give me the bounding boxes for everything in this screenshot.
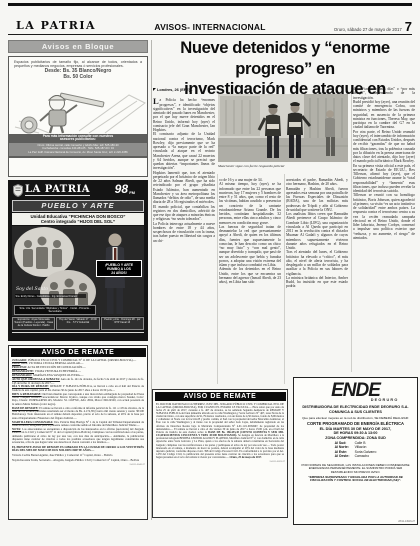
page-dateline: Oruro, sábado 27 de mayo de 2017 7 — [334, 21, 412, 32]
ende-reason-line: Que para efectuar mejoras en la red de d… — [294, 416, 417, 420]
page-number: 7 — [405, 21, 412, 32]
radio-fm-label: FM — [129, 190, 135, 195]
radio-brand: LA PATRIA — [25, 184, 90, 196]
radio-footer-tv: Pueblo y Arte · Domingo 28 · por RTP Can… — [101, 317, 144, 330]
construction-worker-illustration — [9, 81, 147, 134]
ende-announce-line: COMUNICA A SUS CLIENTES — [294, 410, 417, 414]
shield-icon — [13, 184, 23, 197]
aviso2-paragraph1: EL DOCTOR DAVID PACO GUTIERREZ, JUEZ DEL… — [156, 403, 284, 434]
ende-logo: ENDE — [294, 383, 417, 398]
radio-bottom-rule — [12, 332, 144, 333]
column-divider — [351, 88, 352, 372]
aviso1-body: JUZGADO: PÚBLICO EN LO CIVIL Y COMERCIAL… — [9, 359, 147, 464]
anniversary-badge: ¡PUEBLO Y ARTE RUMBO A LOS 24 AÑOS! — [96, 260, 142, 277]
aviso1-title: AVISO DE REMATE — [11, 348, 146, 358]
article-column-4: durar “tan sólo unos días” o “por más ti… — [353, 87, 415, 374]
aviso2-date: Oruro, 25 de mayo de 2017. — [229, 456, 261, 459]
aviso2-body: EL DOCTOR DAVID PACO GUTIERREZ, JUEZ DEL… — [153, 403, 287, 461]
aviso-de-remate-2: AVISO DE REMATE EL DOCTOR DAVID PACO GUT… — [152, 389, 288, 518]
photo-caption: Manchester sigue con fuerte resguardo po… — [218, 164, 348, 168]
efe-flag-icon — [153, 88, 156, 91]
school-line2: Centro integrado “HIJOS DEL SOL” — [12, 219, 144, 224]
aviso1-code: 2-0511-6642-27 — [9, 463, 147, 466]
radio-logo-row: LA PATRIA 98 FM — [12, 182, 144, 199]
promo-footer-line2: asesores publicitarios: — [11, 138, 145, 142]
ende-code: 28/11-14916-27 — [398, 520, 415, 523]
aviso2-title: AVISO DE REMATE — [155, 392, 286, 402]
column-divider — [217, 174, 218, 384]
ende-zone-title: ZONA COMPRENDIDA: ZONA SUD — [294, 436, 417, 440]
radio-photo-collage: ¡PUEBLO Y ARTE RUMBO A LOS 24 AÑOS! Soy … — [12, 226, 144, 316]
aviso1-closing: EL PRESENTE AVISO DE REMATE ES LIBRADO E… — [12, 446, 144, 453]
la-patria-radio-ad: LA PATRIA 98 FM PUEBLO Y ARTE Unidad Edu… — [8, 180, 148, 341]
radio-program-banner: PUEBLO Y ARTE — [12, 200, 144, 212]
masthead: LA PATRIA — [16, 19, 96, 32]
manchester-police-photo — [218, 94, 348, 162]
police-photo-graphic — [218, 94, 348, 162]
newspaper-page: LA PATRIA AVISOS- INTERNACIONAL Oruro, s… — [0, 0, 420, 546]
article-column-1: La Policía ha hecho “enormes progresos”,… — [153, 94, 215, 386]
collage-names-caption: Sra. Emily Flores - Catedrática · Ing. E… — [15, 294, 86, 298]
aviso-de-remate-1: AVISO DE REMATE JUZGADO: PÚBLICO EN LO C… — [8, 345, 148, 520]
aviso1-signature-judge: Victoria Cecilia Bernal Aguilar, Juez Pú… — [12, 454, 144, 457]
top-rule — [8, 3, 412, 6]
badge-line3: 24 AÑOS! — [98, 271, 140, 275]
collage-script-caption: Soy del Santo — [16, 287, 48, 292]
section-title: AVISOS- INTERNACIONAL — [90, 22, 330, 32]
ende-zone-table: Al Sud:Calle B Al Norte:Villazón Al Este… — [335, 441, 377, 458]
column1-text: a Policía ha hecho “enormes progresos”, … — [153, 98, 215, 242]
promo-contact-lapaz: La Paz: Edif. Cámara Nacional de Comerci… — [12, 151, 144, 154]
radio-school-strip: Unidad Educativa “PICHINCHA DON BOSCO” C… — [12, 213, 144, 226]
ende-safety-notice: POR NORMAS DE SEGURIDAD, LAS INSTALACION… — [294, 464, 417, 475]
dateline-text: Londres, 26 (EFE).- — [157, 87, 192, 92]
ende-regulator-quote: “EMPRESA SUPERVISADA Y REGULADA POR LA A… — [294, 476, 417, 483]
article-dateline: Londres, 26 (EFE).- — [153, 87, 215, 92]
radio-footer-expo: Exposición: Joyas Morenada Tesoro (Puebl… — [12, 317, 55, 330]
legal-item: BASE DE REMATE: El remate se llevará a c… — [12, 407, 144, 420]
legal-item: BIEN A REMATARSE: Del bien mueble que co… — [12, 393, 144, 406]
promo-footer-bar: Para más información consulte con nuestr… — [9, 134, 147, 144]
radio-footer-blocks: Exposición: Joyas Morenada Tesoro (Puebl… — [12, 317, 144, 330]
aviso2-paragraph2: Se designa en función de Martillero a la… — [156, 434, 284, 459]
aviso2-code: 2-0511-6623-27 — [153, 460, 287, 463]
legal-item: NOTA: Los antecedentes se encuentran a d… — [12, 428, 144, 445]
collage-photo-caption: Srta. U.E. Secundaria “Wiphalas y Tinkus… — [14, 305, 96, 315]
radio-footer-schedule: Hoy del Santo: Sábado 27 · 23:00 hrs. · … — [56, 317, 99, 330]
article-column-2: co de 16 y a una mujer de 34. Al mismo t… — [219, 178, 281, 386]
headline-line1: Nueve detenidos y “enorme progreso” en — [154, 38, 416, 79]
ende-electricity-ad: ENDE DEORURO DISTRIBUIDORA DE ELECTRICID… — [293, 377, 418, 525]
worker-cartoon-icon — [9, 81, 147, 134]
promo-end-bar — [9, 156, 147, 158]
radio-frequency: 98 — [115, 182, 128, 196]
zone-row-oeste: Al Oeste:Camacho — [335, 454, 377, 458]
promo-contacts: Oruro: Oficina central, calle Camacho y … — [9, 143, 147, 156]
ende-outage-hours: DE HORAS 09:30 A 13:00 — [294, 431, 417, 435]
column-divider — [284, 174, 285, 384]
date-text: Oruro, sábado 27 de mayo de 2017 — [334, 27, 402, 32]
promo-body-text: Espacios publicitarios de tamaño fijo, a… — [14, 60, 142, 68]
aviso1-signature-secretary: Nayda Inocente Terán, Secretaria – Aboga… — [12, 459, 144, 462]
header-rule — [8, 34, 412, 35]
avisos-en-bloque-header: Avisos en Bloque — [8, 40, 148, 53]
block-ads-promo-ad: Espacios publicitarios de tamaño fijo, a… — [8, 56, 148, 177]
ende-company-line: DISTRIBUIDORA DE ELECTRICIDAD ENDE DEORU… — [294, 405, 417, 409]
article-column-3: arrestados el padre, Ramadán Abedi, y ot… — [286, 178, 348, 374]
